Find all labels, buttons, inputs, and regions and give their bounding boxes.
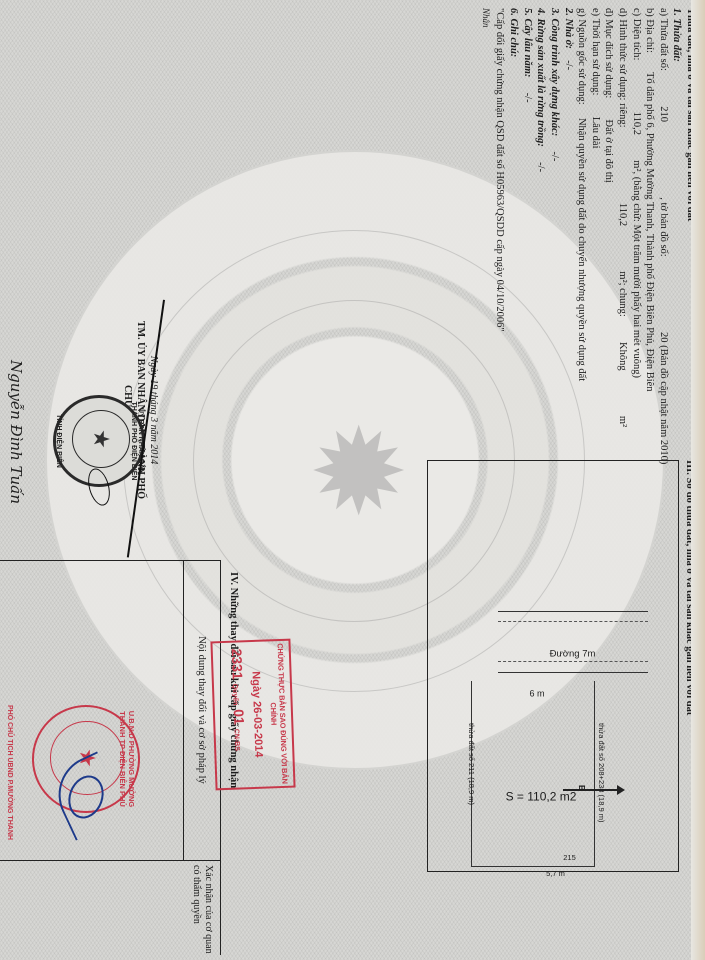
cert-heading: CHỨNG THỰC BẢN SAO ĐÚNG VỚI BẢN CHÍNH xyxy=(266,641,293,787)
perennial-row: 5. Cây lâu năm: -/- xyxy=(520,8,534,528)
chairman-name: Nguyễn Đình Tuấn xyxy=(7,360,25,504)
area-label: c) Diện tích: xyxy=(631,8,642,60)
section-parcel-diagram: III. Sơ đồ thửa đất, nhà ở và tài sản kh… xyxy=(427,452,687,952)
land-heading: 1. Thửa đất: xyxy=(670,8,684,528)
road-label: Đường 7m xyxy=(550,648,596,659)
road-dash xyxy=(498,621,648,622)
parcel-area-label: S = 110,2 m2 xyxy=(506,789,577,803)
certificate-page: ✹ Thửa đất, nhà ở và tài sản khác gắn li… xyxy=(0,0,705,960)
term-value: Lâu dài xyxy=(590,117,601,149)
usage-form-label: d) Hình thức sử dụng: riêng: xyxy=(617,8,628,128)
copy-certification-stamp: CHỨNG THỰC BẢN SAO ĐÚNG VỚI BẢN CHÍNH Ng… xyxy=(210,639,295,791)
usage-private-value: 110,2 xyxy=(617,203,628,226)
area-unit: m², (bằng chữ: Một trăm mười phẩy hai mé… xyxy=(631,160,642,378)
col-header-confirm: Xác nhận của cơ quan có thẩm quyền xyxy=(190,865,214,955)
address-row: b) Địa chỉ: Tổ dân phố 6, Phường Mường T… xyxy=(643,8,657,528)
north-arrow-icon xyxy=(563,789,623,791)
house-heading: 2. Nhà ở: xyxy=(563,8,574,49)
cert-number: 2331 xyxy=(229,648,246,680)
map-label: , tờ bản đồ số: xyxy=(658,197,669,257)
term-row: e) Thời hạn sử dụng: Lâu dài xyxy=(588,8,602,528)
purpose-row: đ) Mục đích sử dụng: Đất ở tại đô thị xyxy=(602,8,616,528)
forest-heading: 4. Rừng sản xuất là rừng trồng: xyxy=(535,8,546,147)
address-label: b) Địa chỉ: xyxy=(644,8,655,53)
cert-book: 01 xyxy=(231,709,248,725)
parcel-outline xyxy=(471,681,595,867)
ward-signer-caption: PHÓ CHỦ TỊCH UBND P.MƯỜNG THANH xyxy=(6,705,13,840)
watermark-star-icon: ✹ xyxy=(295,410,415,530)
origin-value: Nhận quyền sử dụng đất do chuyển nhượng … xyxy=(576,118,587,381)
north-label: B xyxy=(577,785,586,791)
cert-date: Ngày 26-03-2014 xyxy=(248,642,265,787)
section-land-info: Thửa đất, nhà ở và tài sản khác gắn liền… xyxy=(479,8,698,528)
map-value: 20 (Bản đồ cập nhật năm 2010) xyxy=(658,332,669,464)
adjacent-parcel-bottom: thửa đất số 211 (18,9 m) xyxy=(467,723,476,805)
forest-value: -/- xyxy=(535,162,546,172)
parcel-value: 210 xyxy=(658,106,669,122)
front-width-label: 6 m xyxy=(529,689,544,699)
cert-book-label: Quyển xyxy=(231,684,239,706)
house-value: -/- xyxy=(563,60,574,70)
area-value: 110,2 xyxy=(631,112,642,135)
other-works-heading: 3. Công trình xây dựng khác: xyxy=(549,8,560,136)
usage-shared-unit: m² xyxy=(617,416,628,427)
diagram-frame: Đường 7m 6 m S = 110,2 m2 thửa đất số 20… xyxy=(427,460,679,872)
road-dash xyxy=(498,661,648,662)
purpose-value: Đất ở tại đô thị xyxy=(603,120,614,183)
address-value: Tổ dân phố 6, Phường Mường Thanh, Thành … xyxy=(644,72,655,392)
usage-shared-value: Không xyxy=(617,342,628,371)
usage-shared-label: m²; chung: xyxy=(617,271,628,316)
other-works-row: 3. Công trình xây dựng khác: -/- xyxy=(547,8,561,528)
adjacent-parcel-top: thửa đất số 208+238 (18,9 m) xyxy=(597,723,606,822)
area-row: c) Diện tích: 110,2 m², (bằng chữ: Một t… xyxy=(629,8,643,528)
origin-row: g) Nguồn gốc sử dụng: Nhận quyền sử dụng… xyxy=(575,8,589,528)
cert-suffix: CN-BS xyxy=(232,729,240,751)
back-width-label: 5,7 m xyxy=(546,869,565,878)
term-label: e) Thời hạn sử dụng: xyxy=(590,8,601,95)
emblem-star-icon: ★ xyxy=(72,410,130,468)
house-row: 2. Nhà ở: -/- xyxy=(561,8,575,528)
usage-form-row: d) Hình thức sử dụng: riêng: 110,2 m²; c… xyxy=(615,8,629,528)
other-works-value: -/- xyxy=(549,151,560,161)
forest-row: 4. Rừng sản xuất là rừng trồng: -/- xyxy=(534,8,548,528)
notes-text: "Cấp đổi giấy chứng nhận QSD đất số H059… xyxy=(492,8,506,528)
seal-text-top: ỦY BAN NHÂN DÂN THÀNH PHỐ ĐIỆN BIÊN xyxy=(130,398,144,484)
perennial-value: -/- xyxy=(522,93,533,103)
purpose-label: đ) Mục đích sử dụng: xyxy=(603,8,614,98)
notes-initials: Nhân xyxy=(479,8,493,528)
cert-number-row: 2331 Quyển 01 CN-BS xyxy=(228,642,249,787)
seal-text-bottom: TỈNH ĐIỆN BIÊN xyxy=(55,398,62,484)
parcel-label: a) Thửa đất số: xyxy=(658,8,669,71)
photo-right-edge xyxy=(691,0,705,960)
perennial-heading: 5. Cây lâu năm: xyxy=(522,8,533,77)
origin-label: g) Nguồn gốc sử dụng: xyxy=(576,8,587,105)
parcel-row: a) Thửa đất số: 210 , tờ bản đồ số: 20 (… xyxy=(656,8,670,528)
notes-heading: 6. Ghi chú: xyxy=(507,8,521,528)
back-adjacent-label: 215 xyxy=(563,853,576,862)
